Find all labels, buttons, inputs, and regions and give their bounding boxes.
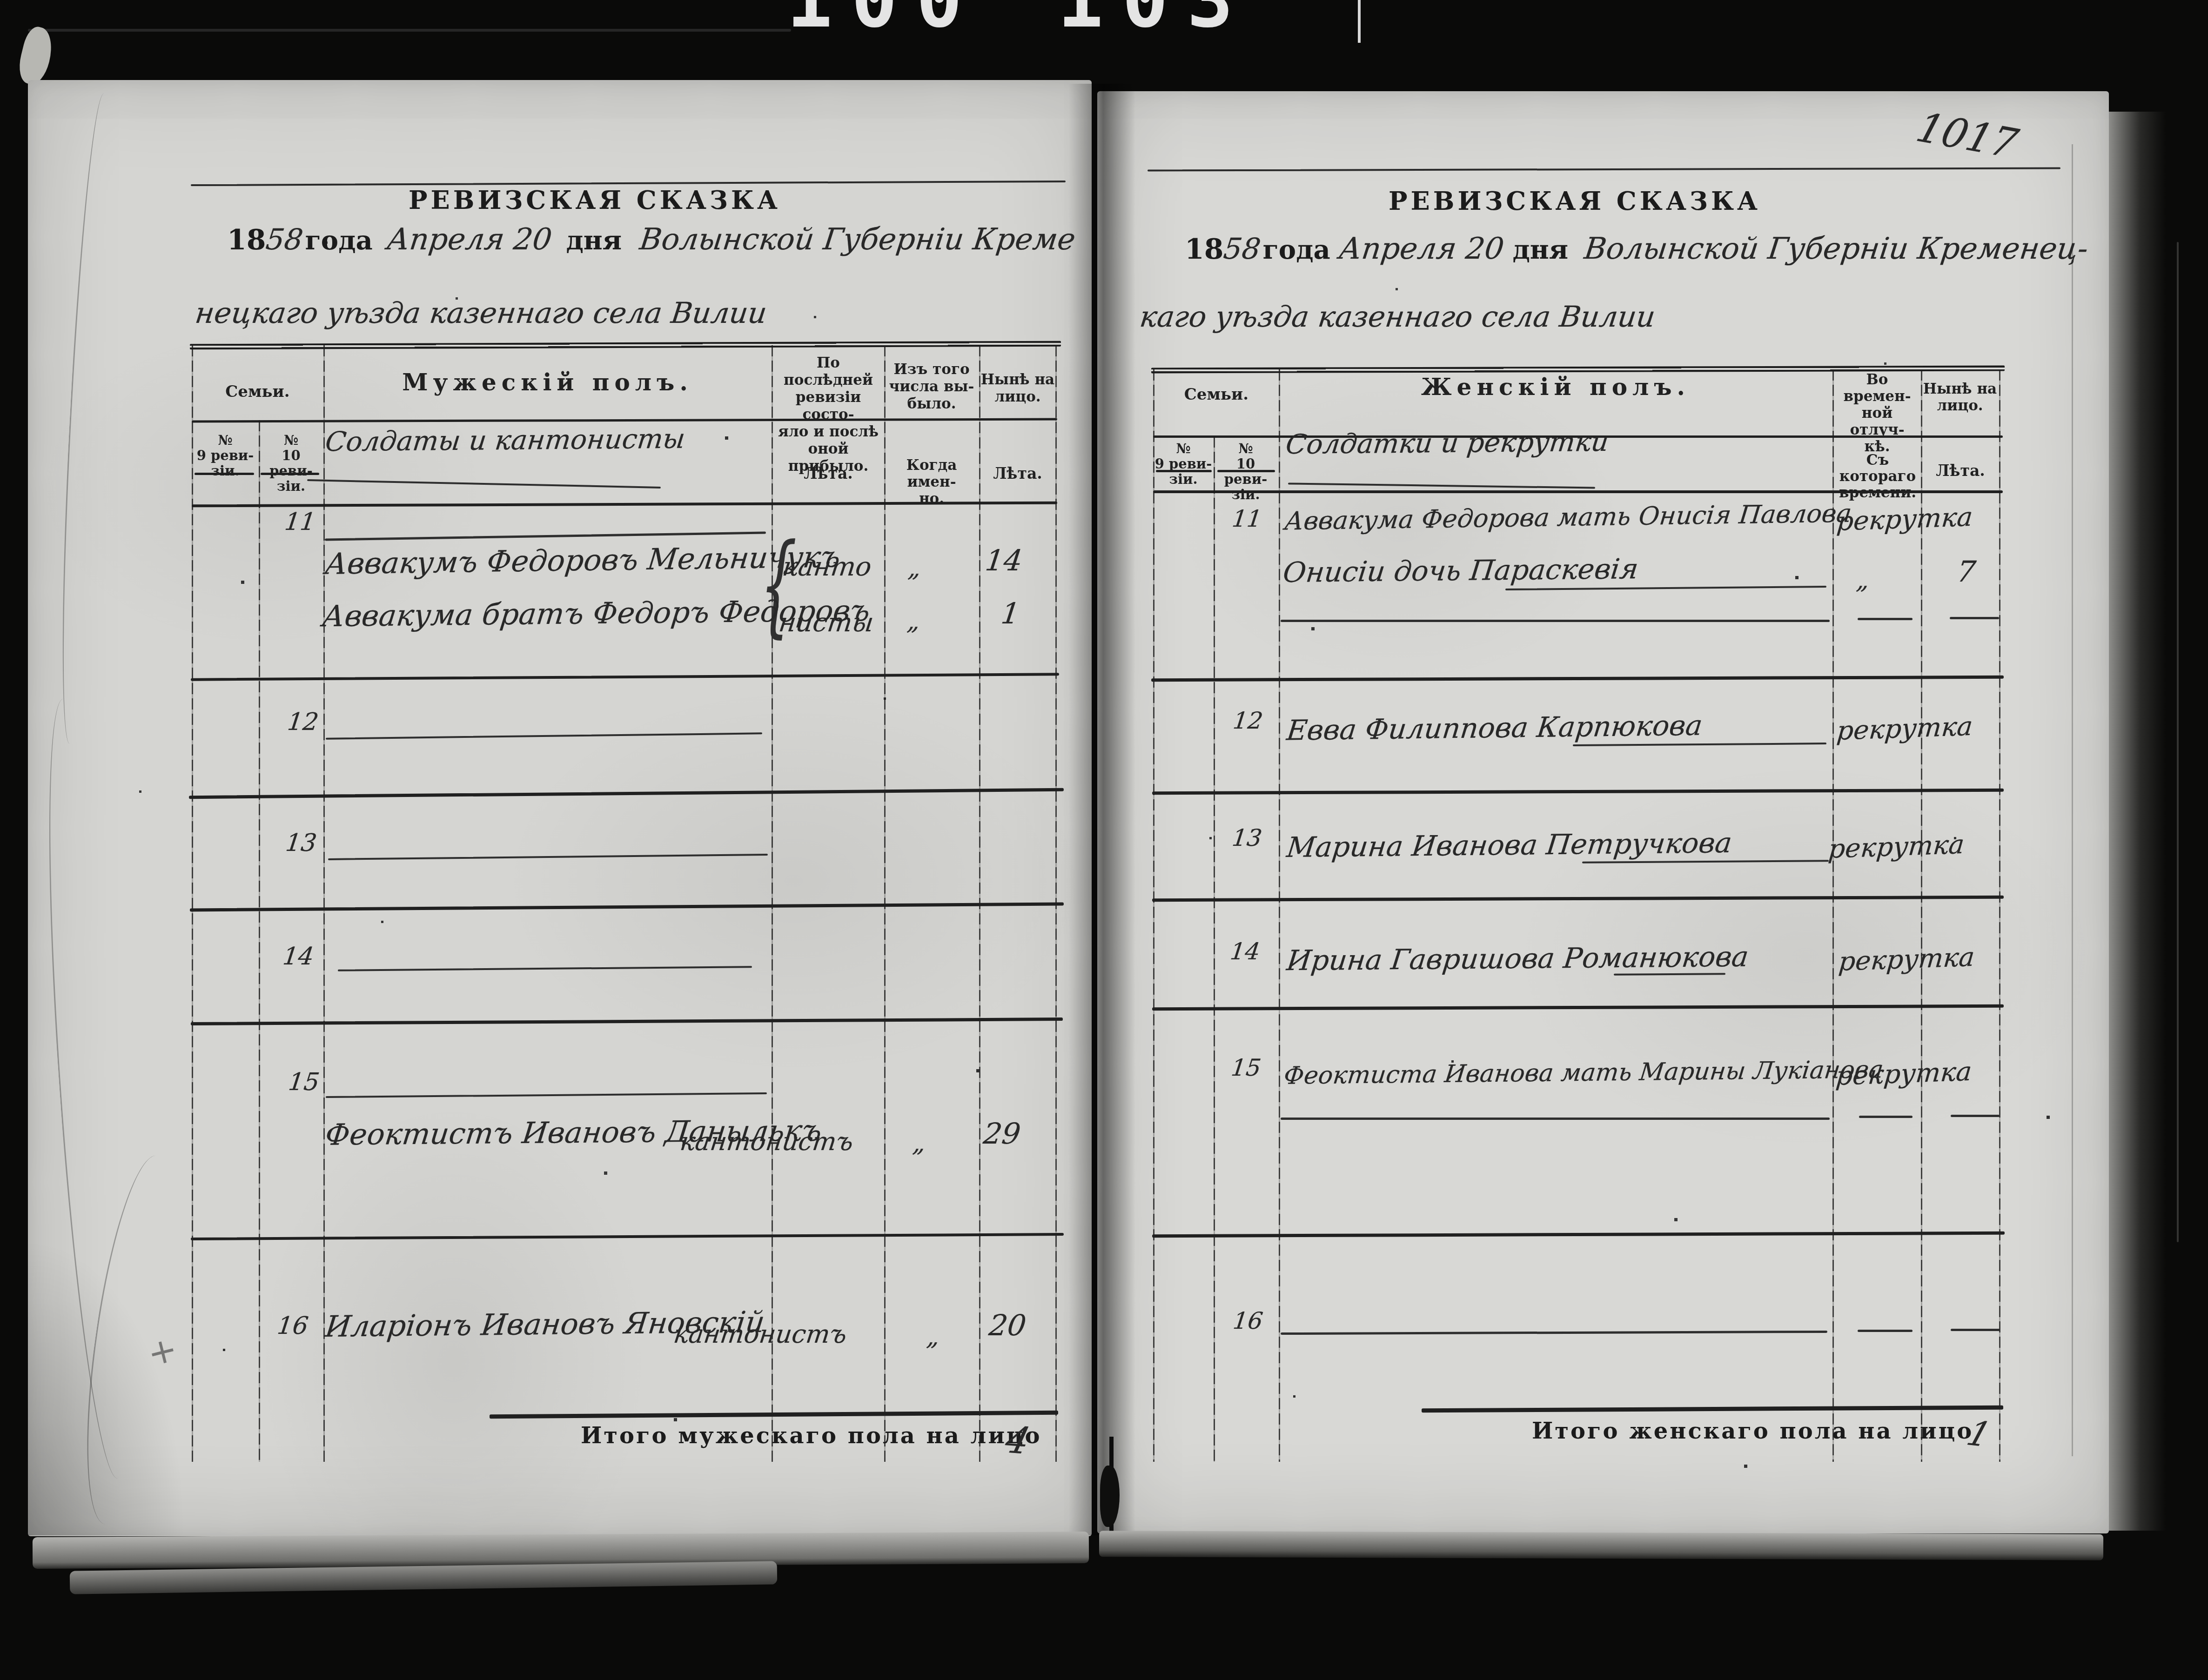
rp-row15-underline-dash <box>1951 1115 2000 1117</box>
microfilm-scan: 100 103 РЕВИЗСКАЯ СКАЗКА 1858 года Апрел… <box>0 0 2208 1680</box>
lp-title: РЕВИЗСКАЯ СКАЗКА <box>409 185 781 215</box>
rp-col-line <box>1214 436 1215 1462</box>
rp-row11-line2: Онисіи дочь Параскевія <box>1282 553 1640 589</box>
rp-row13-name: Марина Иванова Петручкова <box>1285 827 1733 864</box>
lp-row14-number: 14 <box>281 943 315 971</box>
lp-date-line: 1858 года Апреля 20 дня Волынской Губерн… <box>227 222 1075 257</box>
bottom-page-edges-left <box>33 1532 1089 1569</box>
rp-col-line <box>1279 369 1280 1462</box>
lp-header-last-revision: По послѣдней ревизіи состо- яло и послѣ … <box>773 355 883 475</box>
rp-row11-underline-dash <box>1858 618 1913 620</box>
lp-header-departed: Изъ того числа вы- было. <box>885 361 978 413</box>
rp-header-away: Во времен- ной отлуч- кѣ. <box>1833 371 1921 455</box>
book-gutter-shadow <box>1068 84 1135 1535</box>
lp-year-printed: 18 <box>227 224 266 256</box>
left-page-corner-shade <box>28 1238 186 1535</box>
lp-day-label: дня <box>566 225 622 256</box>
lp-row15-age: 29 <box>982 1117 1023 1151</box>
rp-row14-number: 14 <box>1228 938 1262 965</box>
right-page-crease <box>2072 144 2073 1456</box>
film-frame-numbers: 100 103 <box>782 0 1489 33</box>
rp-row12-number: 12 <box>1231 707 1264 734</box>
rp-category-heading: Солдатки и рекрутки <box>1284 426 1611 460</box>
rp-row15-number: 15 <box>1229 1054 1262 1081</box>
rp-header-since: Съ котораго времени. <box>1833 452 1922 501</box>
rp-header-rev9: № 9 реви- зіи. <box>1154 441 1213 487</box>
rp-row11-status: рекрутка <box>1836 502 1974 537</box>
rp-col-line <box>1999 369 2000 1462</box>
rp-row16-number: 16 <box>1231 1307 1264 1334</box>
lp-col-line <box>323 345 325 1462</box>
rp-row11-number: 11 <box>1230 505 1263 532</box>
lp-row12-number: 12 <box>286 708 320 736</box>
lp-col-line <box>772 345 773 1462</box>
lp-header-family: Семьи. <box>192 382 323 401</box>
film-number-right: 103 <box>1057 0 1252 33</box>
rp-col-line <box>1153 369 1154 1462</box>
rp-row16-dash <box>1858 1330 1913 1332</box>
page-corner-sliver <box>15 24 57 87</box>
rp-header-family: Семьи. <box>1153 385 1280 404</box>
lp-header-rev9: № 9 реви- зіи. <box>193 433 258 479</box>
lp-row16-status: кантонистъ <box>672 1319 848 1349</box>
rp-day-label: дня <box>1512 234 1568 265</box>
lp-place-line2: нецкаго уѣзда казеннаго села Вилии <box>194 296 769 330</box>
lp-header-present: Нынѣ на лицо. <box>980 371 1055 406</box>
lp-header-years-right: Лѣта. <box>980 464 1055 482</box>
right-page-stack-edge <box>2109 112 2166 1531</box>
rp-year-printed: 18 <box>1185 233 1224 266</box>
rp-row15-status: рекрутка <box>1835 1057 1973 1091</box>
lp-row11-number: 11 <box>283 508 317 536</box>
lp-row15-status: кантонистъ <box>678 1127 855 1156</box>
rp-col-line <box>1832 369 1834 1462</box>
rp-year-label: года <box>1263 234 1330 265</box>
lp-place-handwritten: Волынской Губерніи Креме <box>638 222 1078 257</box>
lp-total-label: Итого мужескаго пола на лицо <box>581 1423 1041 1449</box>
rp-row11-underline-dash <box>1950 617 1999 619</box>
rp-row14-status: рекрутка <box>1838 942 1976 977</box>
lp-row16-age: 20 <box>987 1308 1028 1342</box>
lp-year-handwritten: 58 <box>264 222 305 256</box>
lp-year-label: года <box>305 225 373 256</box>
rp-row15-underline-long <box>1281 1118 1830 1120</box>
right-stack-line <box>2177 242 2179 1242</box>
lp-row11-status-bottom: нисты <box>777 608 875 638</box>
film-edge-shadow <box>28 29 791 32</box>
film-scratch <box>1358 0 1361 43</box>
rp-date-line: 1858 года Апреля 20 дня Волынской Губерн… <box>1185 232 2088 266</box>
rp-title: РЕВИЗСКАЯ СКАЗКА <box>1389 186 1761 216</box>
rp-place-handwritten: Волынской Губерніи Кременец- <box>1583 232 2090 266</box>
lp-day-handwritten: Апреля 20 <box>385 222 554 257</box>
rp-total-label: Итого женскаго пола на лицо <box>1532 1418 1973 1444</box>
rp-header-years: Лѣта. <box>1922 462 1999 480</box>
lp-row11-age1: 14 <box>984 543 1025 577</box>
rp-header-rev10: № 10 реви- зіи. <box>1215 441 1277 502</box>
rp-header-present: Нынѣ на лицо. <box>1921 381 1999 414</box>
lp-header-when: Когда имен- но. <box>885 457 978 507</box>
rp-row13-number: 13 <box>1230 824 1263 851</box>
rp-row12-status: рекрутка <box>1836 711 1974 746</box>
lp-col-line <box>259 420 260 1462</box>
rp-row14-name: Ирина Гавришова Романюкова <box>1285 941 1750 977</box>
lp-category-heading: Солдаты и кантонисты <box>324 423 687 458</box>
lp-col-line <box>192 345 193 1462</box>
lp-row11-status-top: канто <box>781 552 873 582</box>
bottom-page-edges-right <box>1099 1531 2103 1560</box>
rp-place-line2: каго уѣзда казеннаго села Вилии <box>1138 300 1658 334</box>
rp-header-sex: Женскій полъ. <box>1279 373 1832 401</box>
rp-row16-dash <box>1951 1329 2000 1331</box>
rp-year-handwritten: 58 <box>1221 232 1262 266</box>
rp-day-handwritten: Апреля 20 <box>1337 232 1506 266</box>
lp-header-years-left: Лѣта. <box>773 464 883 482</box>
rp-row13-status: рекрутка <box>1827 830 1966 864</box>
rp-row11-underline-long <box>1281 620 1830 622</box>
lp-row15-number: 15 <box>287 1068 321 1096</box>
lp-row16-number: 16 <box>275 1312 310 1340</box>
rp-row12-name: Евва Филиппова Карпюкова <box>1285 709 1704 747</box>
rp-row15-underline-dash <box>1859 1116 1913 1118</box>
lp-header-rev10: № 10 реви- зіи. <box>260 433 322 494</box>
paper-specks <box>0 0 1 1</box>
film-number-left: 100 <box>786 0 981 33</box>
lp-header-sex: Мужескій полъ. <box>323 368 772 396</box>
lp-row13-number: 13 <box>284 829 318 857</box>
